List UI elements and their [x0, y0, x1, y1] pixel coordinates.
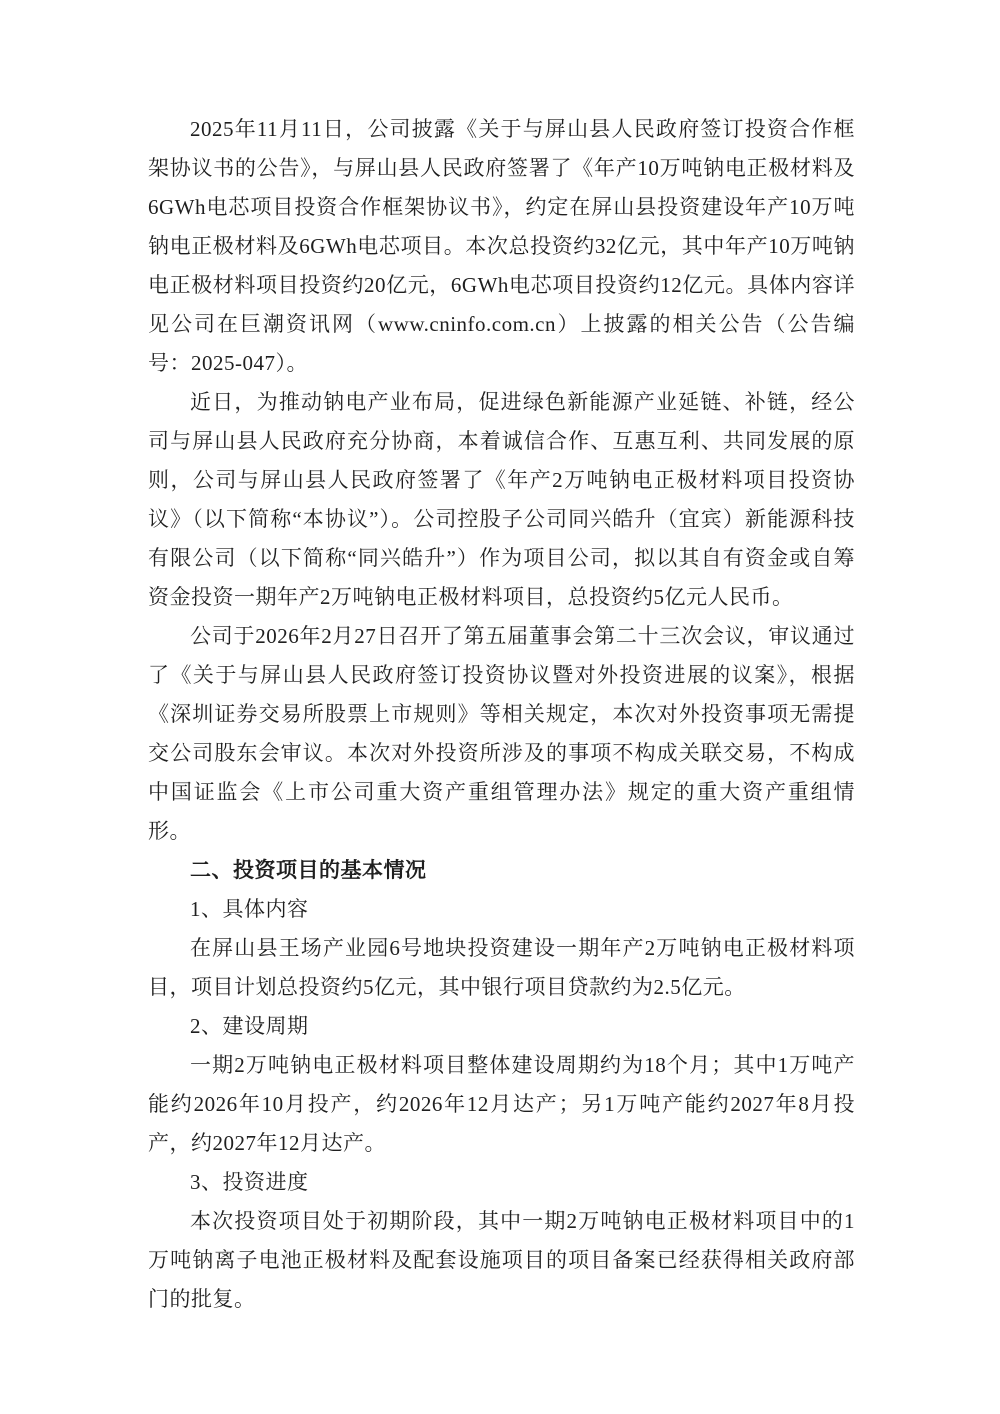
- paragraph-construction-timeline: 一期2万吨钠电正极材料项目整体建设周期约为18个月；其中1万吨产能约2026年1…: [148, 1046, 855, 1163]
- paragraph-project-filing-status: 本次投资项目处于初期阶段，其中一期2万吨钠电正极材料项目中的1万吨钠离子电池正极…: [148, 1202, 855, 1319]
- paragraph-investment-agreement-signing: 近日，为推动钠电产业布局，促进绿色新能源产业延链、补链，经公司与屏山县人民政府充…: [148, 383, 855, 617]
- paragraph-project-location-investment: 在屏山县王场产业园6号地块投资建设一期年产2万吨钠电正极材料项目，项目计划总投资…: [148, 929, 855, 1007]
- paragraph-disclosure-framework-agreement: 2025年11月11日，公司披露《关于与屏山县人民政府签订投资合作框架协议书的公…: [148, 110, 855, 383]
- subheading-investment-progress: 3、投资进度: [148, 1163, 855, 1202]
- subheading-construction-period: 2、建设周期: [148, 1007, 855, 1046]
- paragraph-board-meeting-approval: 公司于2026年2月27日召开了第五届董事会第二十三次会议，审议通过了《关于与屏…: [148, 617, 855, 851]
- subheading-specific-content: 1、具体内容: [148, 890, 855, 929]
- section-heading-project-basic-info: 二、投资项目的基本情况: [148, 851, 855, 890]
- document-page: 2025年11月11日，公司披露《关于与屏山县人民政府签订投资合作框架协议书的公…: [0, 0, 1000, 1414]
